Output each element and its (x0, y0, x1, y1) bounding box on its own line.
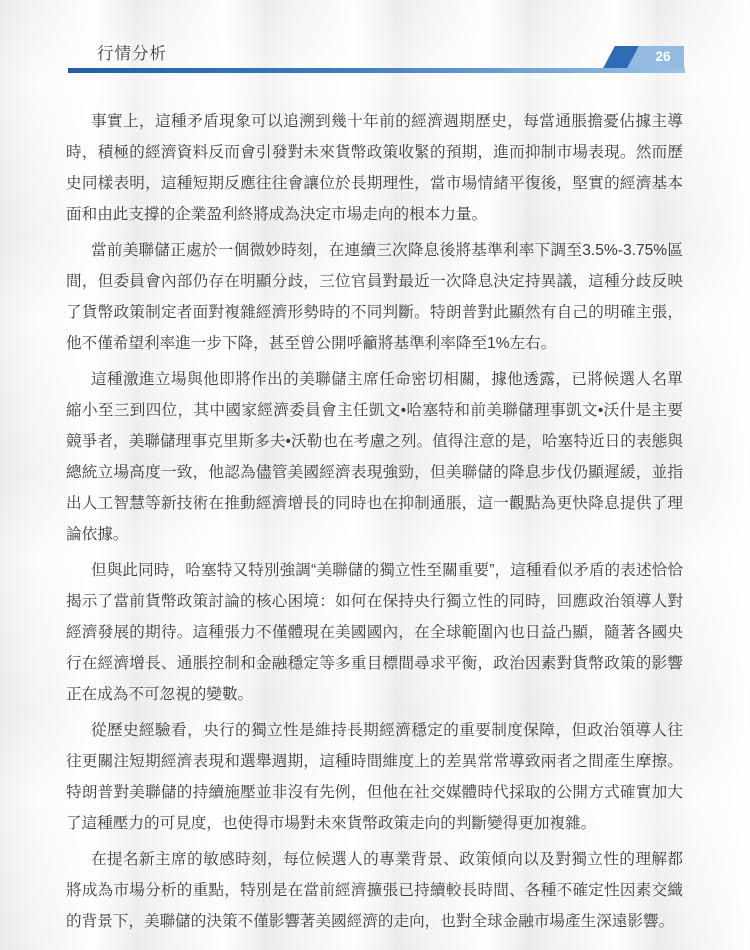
header-accent-line (68, 68, 685, 73)
document-page: 行情分析 26 事實上，這種矛盾現象可以追溯到幾十年前的經濟週期歷史，每當通脹擔… (0, 0, 750, 950)
page-number-badge: 26 (620, 46, 684, 68)
paragraph-5: 從歷史經驗看，央行的獨立性是維持長期經濟穩定的重要制度保障，但政治領導人往往更關… (66, 715, 683, 839)
page-number: 26 (642, 46, 684, 68)
badge-parallelogram-decoration (603, 46, 639, 68)
paragraph-2: 當前美聯儲正處於一個微妙時刻，在連續三次降息後將基準利率下調至3.5%-3.75… (66, 235, 683, 359)
page-title: 行情分析 (97, 44, 167, 64)
paragraph-1: 事實上，這種矛盾現象可以追溯到幾十年前的經濟週期歷史，每當通脹擔憂佔據主導時，積… (66, 106, 683, 230)
paragraph-3: 這種激進立場與他即將作出的美聯儲主席任命密切相關，據他透露，已將候選人名單縮小至… (66, 364, 683, 550)
article-body: 事實上，這種矛盾現象可以追溯到幾十年前的經濟週期歷史，每當通脹擔憂佔據主導時，積… (66, 106, 683, 942)
paragraph-6: 在提名新主席的敏感時刻，每位候選人的專業背景、政策傾向以及對獨立性的理解都將成為… (66, 844, 683, 937)
paragraph-4: 但與此同時，哈塞特又特別強調“美聯儲的獨立性至關重要”，這種看似矛盾的表述恰恰揭… (66, 555, 683, 710)
